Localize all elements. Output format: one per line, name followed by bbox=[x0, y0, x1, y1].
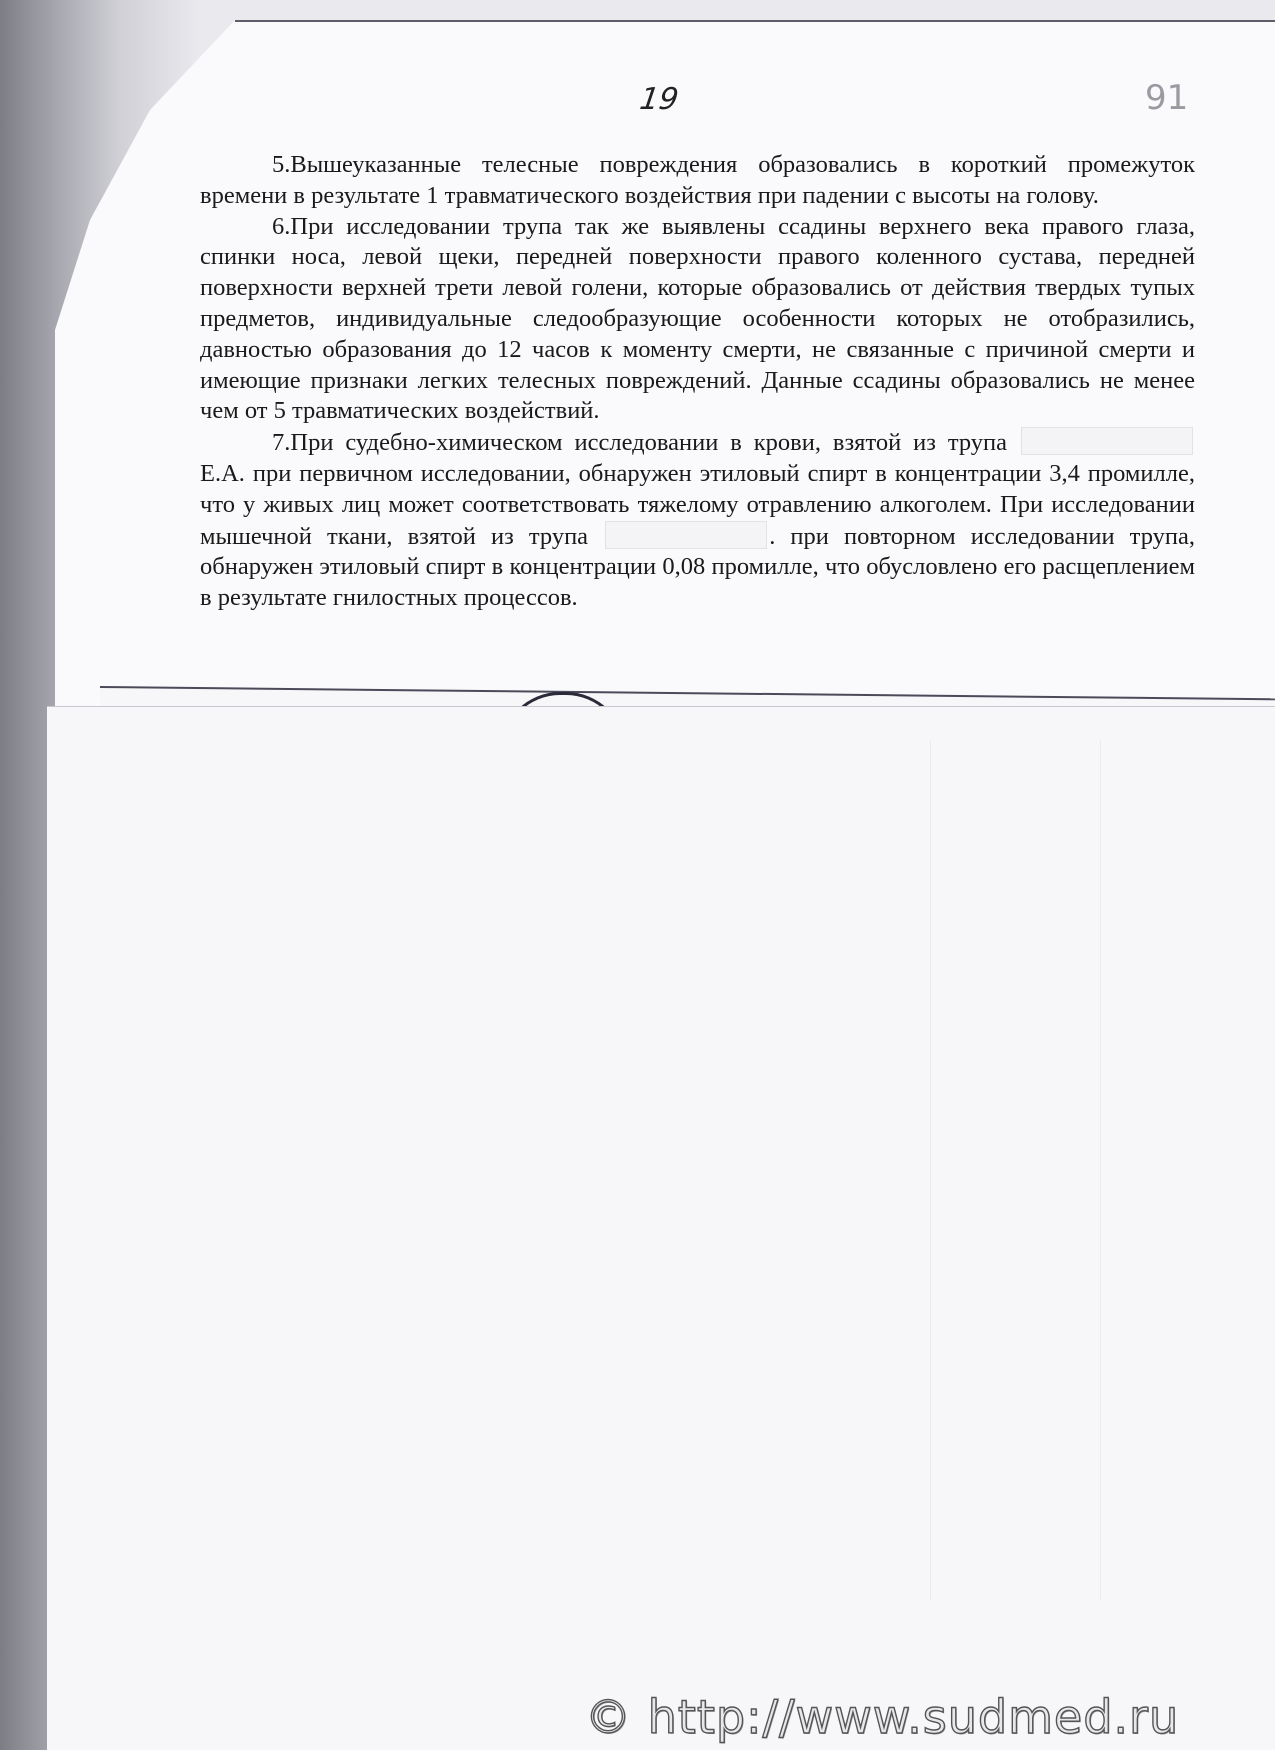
paragraph-7: 7.При судебно-химическом исследовании в … bbox=[200, 427, 1195, 614]
document-body: 5.Вышеуказанные телесные повреждения обр… bbox=[200, 150, 1195, 614]
paragraph-5: 5.Вышеуказанные телесные повреждения обр… bbox=[200, 150, 1195, 212]
redacted-name bbox=[1021, 427, 1193, 455]
bleed-through-line bbox=[1100, 740, 1101, 1600]
bleed-through-line bbox=[930, 740, 931, 1600]
overlapping-blank-sheet bbox=[47, 706, 1275, 1750]
page-number: 19 bbox=[638, 82, 681, 117]
paragraph-6-text: 6.При исследовании трупа так же выявлены… bbox=[200, 213, 1195, 425]
paragraph-7-text-1: 7.При судебно-химическом исследовании в … bbox=[272, 429, 1007, 456]
handwritten-page-mark: 91 bbox=[1145, 78, 1188, 118]
watermark: © http://www.sudmed.ru bbox=[585, 1690, 1179, 1744]
paragraph-5-text: 5.Вышеуказанные телесные повреждения обр… bbox=[200, 151, 1195, 209]
paragraph-6: 6.При исследовании трупа так же выявлены… bbox=[200, 212, 1195, 428]
redacted-name bbox=[605, 521, 767, 549]
page-top-edge bbox=[235, 20, 1275, 22]
